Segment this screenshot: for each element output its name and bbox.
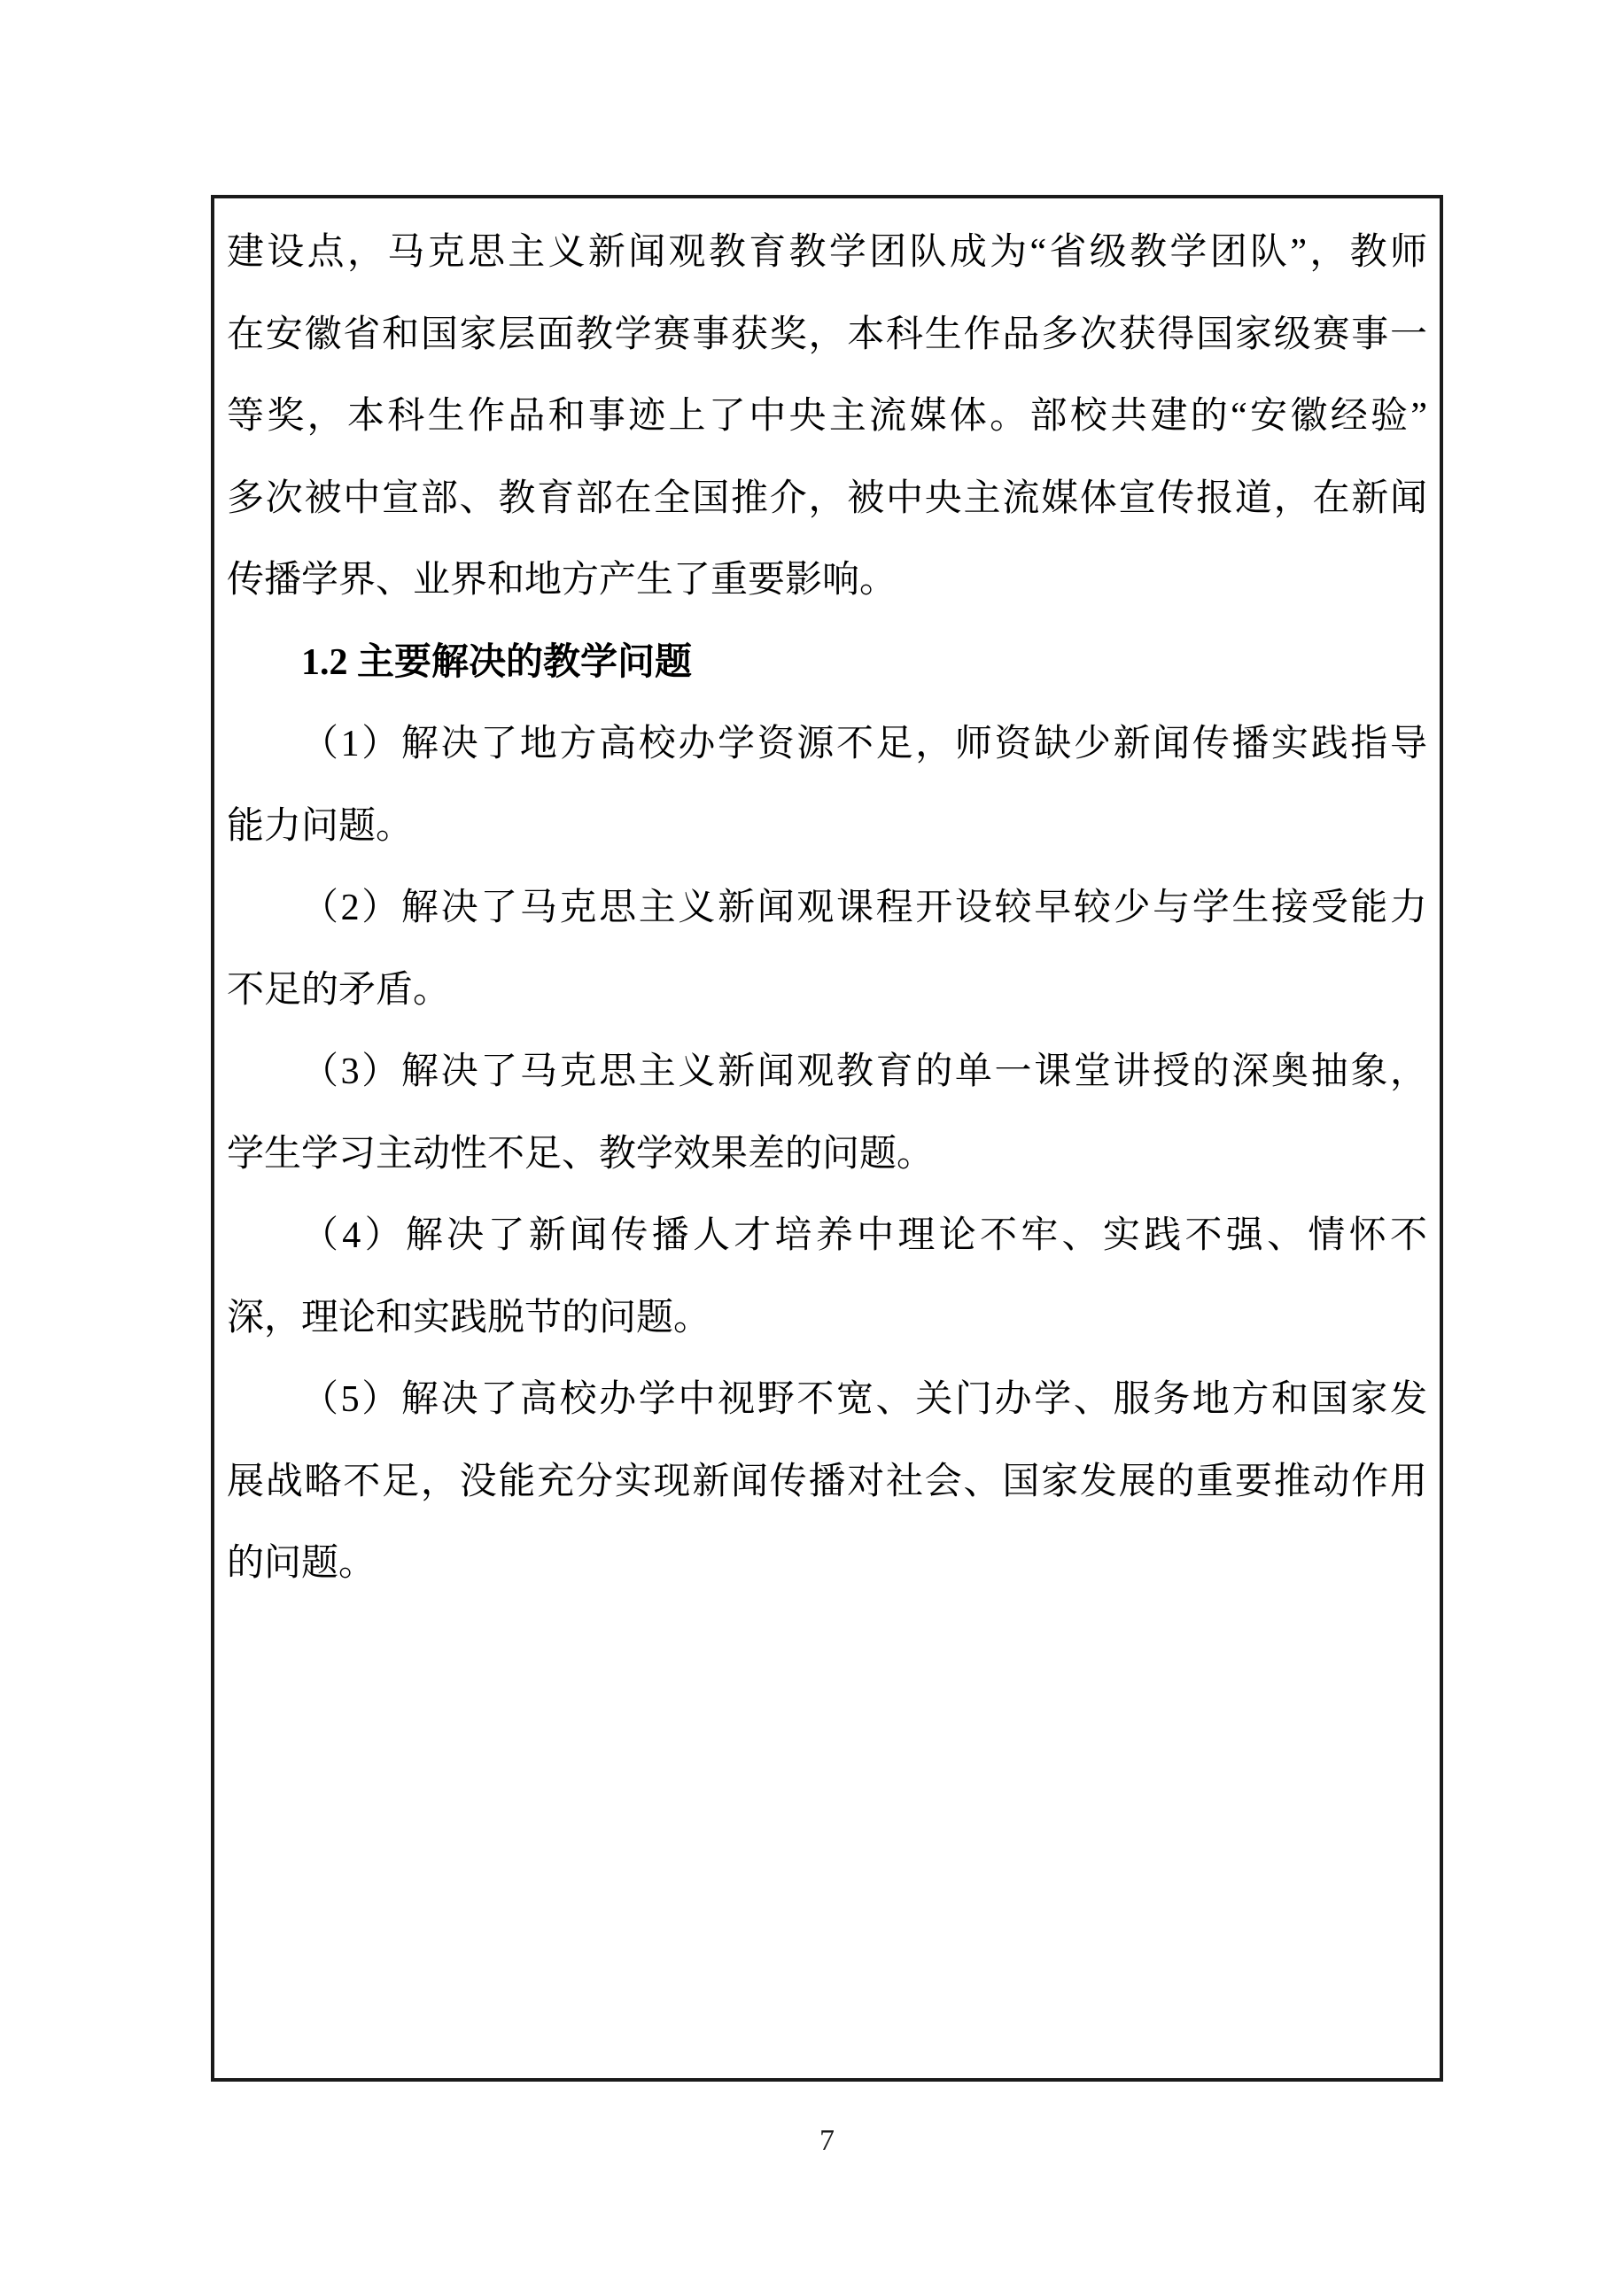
text-line: 学生学习主动性不足、教学效果差的问题。 [227, 1113, 1427, 1196]
text-line: 在安徽省和国家层面教学赛事获奖，本科生作品多次获得国家级赛事一 [227, 294, 1427, 376]
text-line: 不足的矛盾。 [227, 950, 1427, 1032]
text-line: 等奖，本科生作品和事迹上了中央主流媒体。部校共建的“安徽经验” [227, 376, 1427, 458]
text-line: 能力问题。 [227, 786, 1427, 868]
content-border-box: 建设点，马克思主义新闻观教育教学团队成为“省级教学团队”，教师在安徽省和国家层面… [211, 195, 1443, 2082]
text-line: 多次被中宣部、教育部在全国推介，被中央主流媒体宣传报道，在新闻 [227, 458, 1427, 540]
text-line: 展战略不足，没能充分实现新闻传播对社会、国家发展的重要推动作用 [227, 1441, 1427, 1524]
page-number: 7 [211, 2124, 1443, 2158]
section-heading: 1.2 主要解决的教学问题 [227, 622, 1427, 704]
text-line: （3）解决了马克思主义新闻观教育的单一课堂讲授的深奥抽象， [227, 1031, 1427, 1113]
text-line: （1）解决了地方高校办学资源不足，师资缺少新闻传播实践指导 [227, 703, 1427, 786]
text-line: 的问题。 [227, 1523, 1427, 1605]
text-line: 传播学界、业界和地方产生了重要影响。 [227, 539, 1427, 622]
document-page: 建设点，马克思主义新闻观教育教学团队成为“省级教学团队”，教师在安徽省和国家层面… [0, 0, 1623, 2296]
text-line: （5）解决了高校办学中视野不宽、关门办学、服务地方和国家发 [227, 1359, 1427, 1441]
text-line: （2）解决了马克思主义新闻观课程开设较早较少与学生接受能力 [227, 867, 1427, 950]
text-line: 深，理论和实践脱节的问题。 [227, 1277, 1427, 1360]
text-lines: 建设点，马克思主义新闻观教育教学团队成为“省级教学团队”，教师在安徽省和国家层面… [227, 212, 1427, 1605]
text-line: 建设点，马克思主义新闻观教育教学团队成为“省级教学团队”，教师 [227, 212, 1427, 294]
text-line: （4）解决了新闻传播人才培养中理论不牢、实践不强、情怀不 [227, 1195, 1427, 1277]
